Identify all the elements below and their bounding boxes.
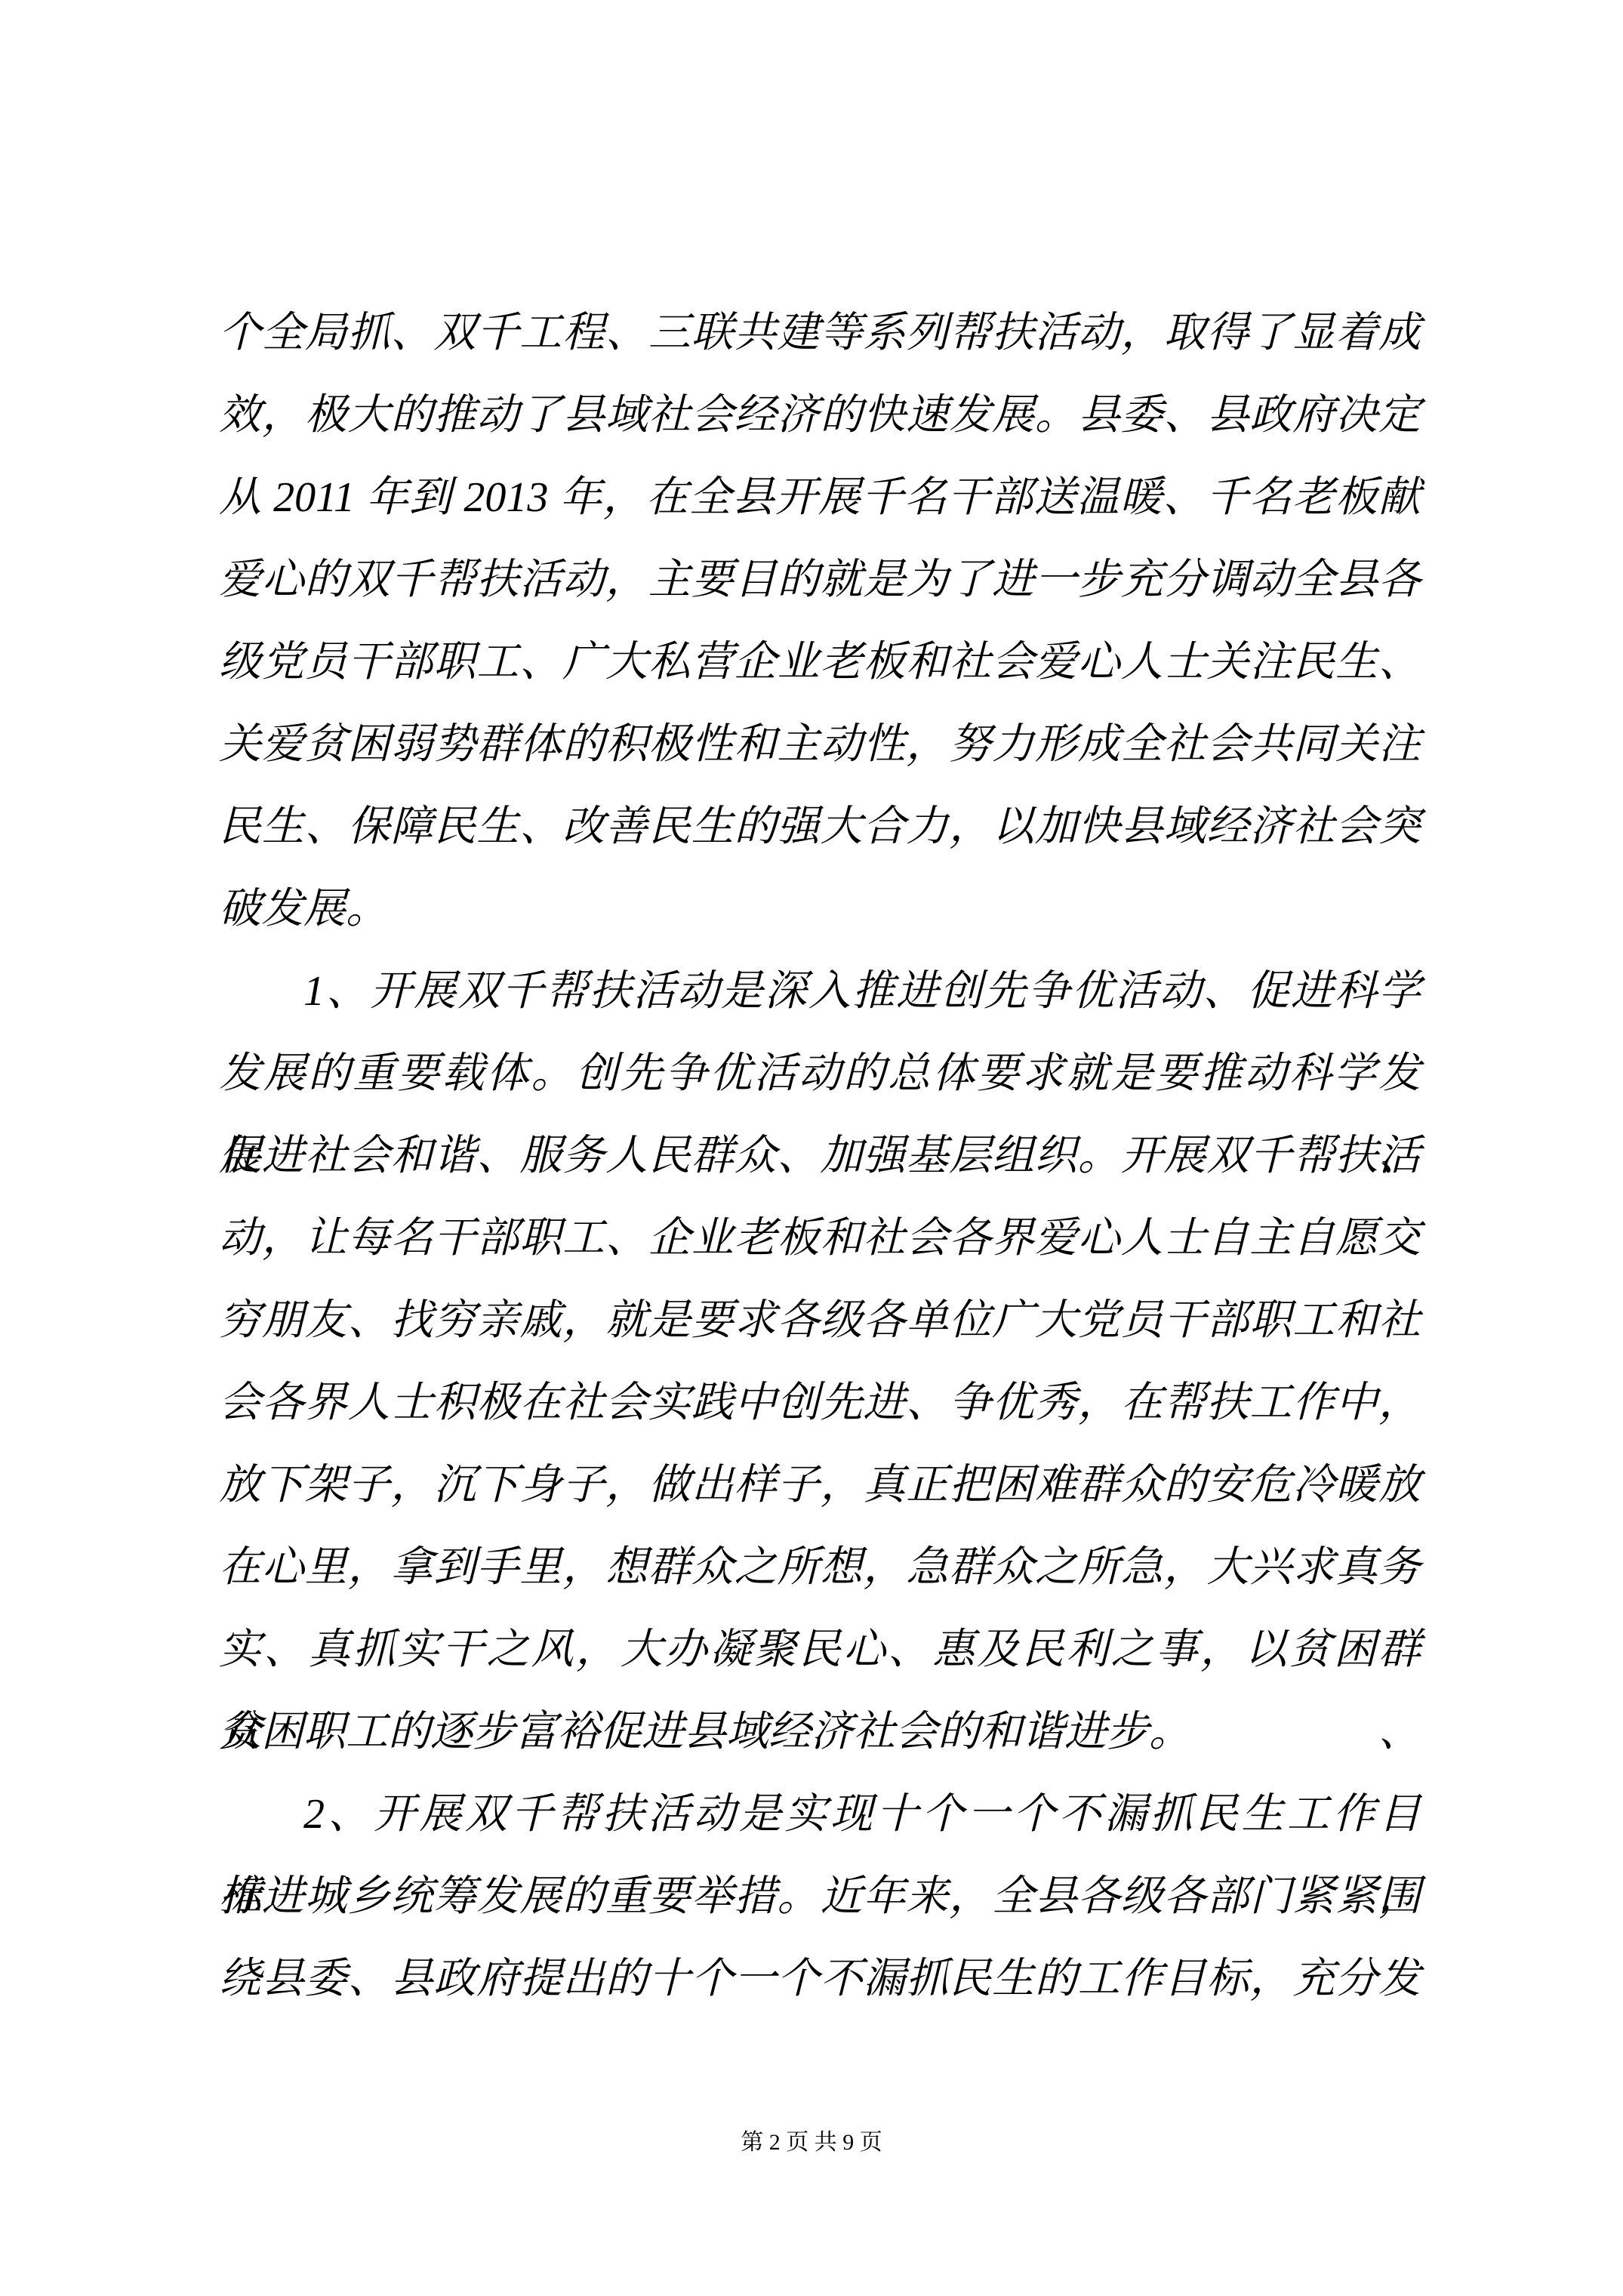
text-line: 从 2011 年到 2013 年，在全县开展千名干部送温暖、千名老板献: [219, 457, 1421, 539]
text-line: 实、真抓实干之风，大办凝聚民心、惠及民利之事，以贫困群众、: [219, 1609, 1421, 1691]
text-line: 破发展。: [219, 868, 1421, 951]
page-footer: 第 2 页 共 9 页: [0, 2126, 1623, 2159]
text-line: 关爱贫困弱势群体的积极性和主动性，努力形成全社会共同关注: [219, 704, 1421, 786]
text-line: 爱心的双千帮扶活动，主要目的就是为了进一步充分调动全县各: [219, 539, 1421, 621]
text-line: 民生、保障民生、改善民生的强大合力，以加快县域经济社会突: [219, 786, 1421, 868]
text-line: 在心里，拿到手里，想群众之所想，急群众之所急，大兴求真务: [219, 1527, 1421, 1609]
text-line: 2、开展双千帮扶活动是实现十个一个不漏抓民生工作目标，: [219, 1774, 1421, 1856]
text-line: 会各界人士积极在社会实践中创先进、争优秀，在帮扶工作中，: [219, 1362, 1421, 1444]
document-body: 个全局抓、双千工程、三联共建等系列帮扶活动，取得了显着成 效，极大的推动了县域社…: [219, 292, 1421, 2020]
text-line: 推进城乡统筹发展的重要举措。近年来，全县各级各部门紧紧围: [219, 1856, 1421, 1938]
text-line: 促进社会和谐、服务人民群众、加强基层组织。开展双千帮扶活: [219, 1115, 1421, 1197]
text-line: 动，让每名干部职工、企业老板和社会各界爱心人士自主自愿交: [219, 1197, 1421, 1280]
text-line: 1、开展双千帮扶活动是深入推进创先争优活动、促进科学: [219, 951, 1421, 1033]
text-line: 发展的重要载体。创先争优活动的总体要求就是要推动科学发展、: [219, 1033, 1421, 1115]
text-line: 级党员干部职工、广大私营企业老板和社会爱心人士关注民生、: [219, 621, 1421, 704]
text-line: 放下架子，沉下身子，做出样子，真正把困难群众的安危冷暖放: [219, 1444, 1421, 1527]
text-line: 绕县委、县政府提出的十个一个不漏抓民生的工作目标，充分发: [219, 1938, 1421, 2020]
text-line: 个全局抓、双千工程、三联共建等系列帮扶活动，取得了显着成: [219, 292, 1421, 374]
text-line: 效，极大的推动了县域社会经济的快速发展。县委、县政府决定: [219, 374, 1421, 457]
document-page: 个全局抓、双千工程、三联共建等系列帮扶活动，取得了显着成 效，极大的推动了县域社…: [0, 0, 1623, 2296]
text-line: 穷朋友、找穷亲戚，就是要求各级各单位广大党员干部职工和社: [219, 1280, 1421, 1362]
